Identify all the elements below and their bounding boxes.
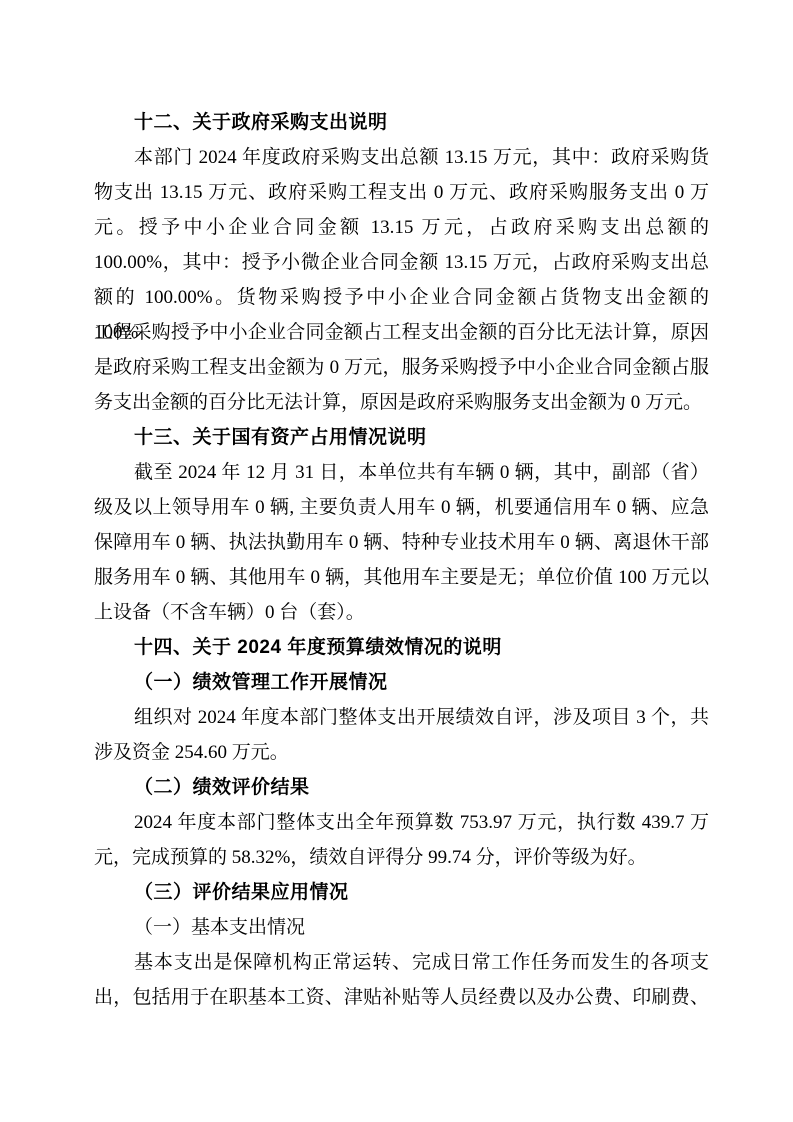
section-heading: 十三、关于国有资产占用情况说明 — [94, 420, 709, 455]
paragraph-line: 本部门 2024 年度政府采购支出总额 13.15 万元，其中：政府采购货 — [94, 140, 709, 175]
paragraph-line: 组织对 2024 年度本部门整体支出开展绩效自评，涉及项目 3 个，共 — [94, 700, 709, 735]
section-heading: 十四、关于 2024 年度预算绩效情况的说明 — [94, 630, 709, 665]
paragraph-line: 级及以上领导用车 0 辆, 主要负责人用车 0 辆，机要通信用车 0 辆、应急 — [94, 490, 709, 525]
paragraph-line: 基本支出是保障机构正常运转、完成日常工作任务而发生的各项支 — [94, 945, 709, 980]
paragraph-line: 工程采购授予中小企业合同金额占工程支出金额的百分比无法计算，原因 — [94, 315, 709, 350]
paragraph-line: 服务用车 0 辆、其他用车 0 辆，其他用车主要是无；单位价值 100 万元以 — [94, 560, 709, 595]
document-page: 十二、关于政府采购支出说明本部门 2024 年度政府采购支出总额 13.15 万… — [0, 0, 793, 1122]
paragraph-line: 截至 2024 年 12 月 31 日，本单位共有车辆 0 辆，其中，副部（省） — [94, 455, 709, 490]
paragraph-line: 元，完成预算的 58.32%，绩效自评得分 99.74 分，评价等级为好。 — [94, 840, 709, 875]
paragraph-line: 涉及资金 254.60 万元。 — [94, 735, 709, 770]
section-heading: 十二、关于政府采购支出说明 — [94, 105, 709, 140]
paragraph-line: 是政府采购工程支出金额为 0 万元，服务采购授予中小企业合同金额占服 — [94, 350, 709, 385]
paragraph-line: 保障用车 0 辆、执法执勤用车 0 辆、特种专业技术用车 0 辆、离退休干部 — [94, 525, 709, 560]
paragraph-line: 物支出 13.15 万元、政府采购工程支出 0 万元、政府采购服务支出 0 万 — [94, 175, 709, 210]
paragraph-line: 100.00%，其中：授予小微企业合同金额 13.15 万元，占政府采购支出总 — [94, 245, 709, 280]
sub-heading: （一）绩效管理工作开展情况 — [94, 665, 709, 700]
paragraph-line: 出，包括用于在职基本工资、津贴补贴等人员经费以及办公费、印刷费、 — [94, 980, 709, 1015]
paragraph-line: 2024 年度本部门整体支出全年预算数 753.97 万元，执行数 439.7 … — [94, 805, 709, 840]
paragraph-line: 元。授予中小企业合同金额 13.15 万元，占政府采购支出总额的 — [94, 210, 709, 245]
plain-sub-heading: （一）基本支出情况 — [94, 910, 709, 945]
paragraph-line: 额的 100.00%。货物采购授予中小企业合同金额占货物支出金额的 100%， — [94, 280, 709, 315]
paragraph-line: 务支出金额的百分比无法计算，原因是政府采购服务支出金额为 0 万元。 — [94, 385, 709, 420]
sub-heading: （三）评价结果应用情况 — [94, 875, 709, 910]
paragraph-line: 上设备（不含车辆）0 台（套）。 — [94, 595, 709, 630]
document-content: 十二、关于政府采购支出说明本部门 2024 年度政府采购支出总额 13.15 万… — [94, 105, 709, 1015]
sub-heading: （二）绩效评价结果 — [94, 770, 709, 805]
